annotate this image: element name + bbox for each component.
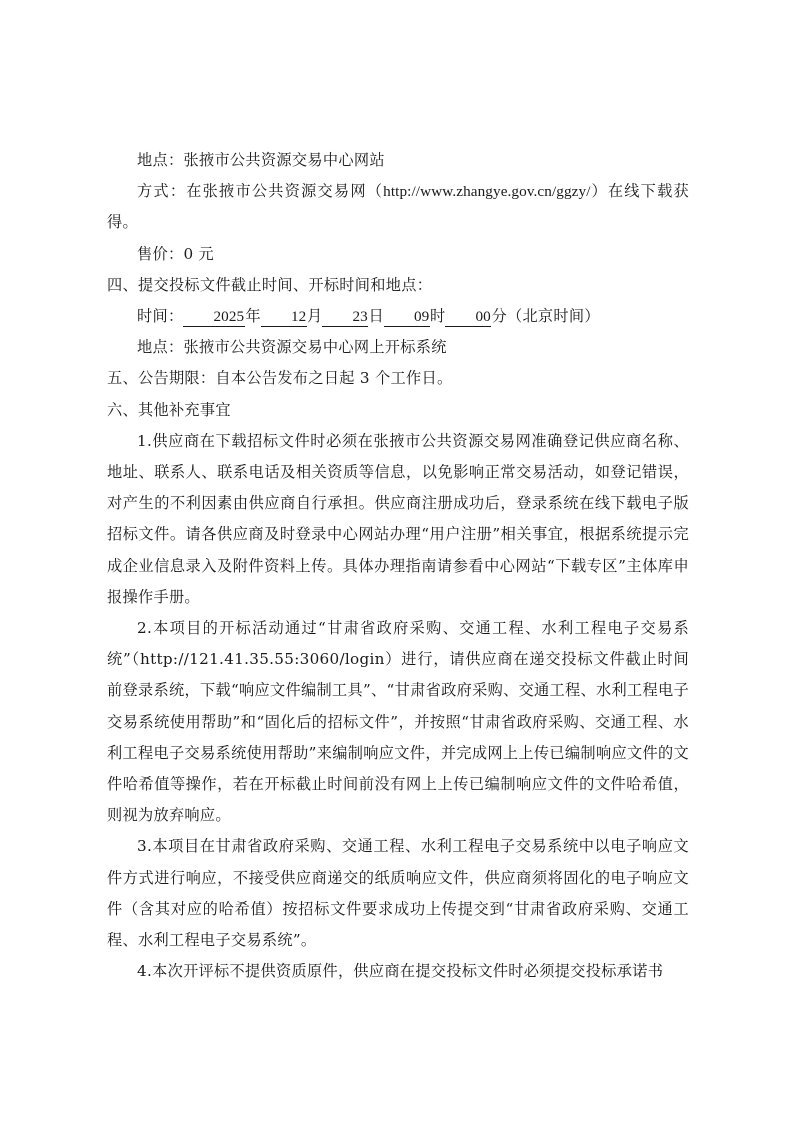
price-line: 售价：0 元 — [107, 239, 689, 270]
supplement-item-2: 2.本项目的开标活动通过“甘肃省政府采购、交通工程、水利工程电子交易系统”（ht… — [107, 613, 689, 831]
opening-location-value: 张掖市公共资源交易中心网上开标系统 — [183, 338, 446, 356]
section-6-heading: 六、其他补充事宜 — [107, 395, 689, 426]
download-location-value: 张掖市公共资源交易中心网站 — [183, 151, 384, 169]
supplement-item-4: 4.本次开评标不提供资质原件，供应商在提交投标文件时必须提交投标承诺书 — [107, 956, 689, 987]
price-label: 售价： — [137, 245, 183, 263]
opening-location-label: 地点： — [137, 338, 183, 356]
download-location-line: 地点：张掖市公共资源交易中心网站 — [107, 145, 689, 176]
minute-unit: 分（北京时间） — [491, 307, 599, 325]
hour-unit: 时 — [430, 307, 446, 325]
document-page: 地点：张掖市公共资源交易中心网站 方式：在张掖市公共资源交易网（http://w… — [107, 145, 689, 987]
section-5-heading: 五、公告期限：自本公告发布之日起 3 个工作日。 — [107, 363, 689, 394]
download-location-label: 地点： — [137, 151, 183, 169]
deadline-day: 23 — [322, 308, 368, 327]
supplement-item-1: 1.供应商在下载招标文件时必须在张掖市公共资源交易网准确登记供应商名称、地址、联… — [107, 426, 689, 613]
download-method-line: 方式：在张掖市公共资源交易网（http://www.zhangye.gov.cn… — [107, 176, 689, 238]
time-label: 时间： — [137, 307, 183, 325]
price-value: 0 元 — [183, 245, 214, 263]
month-unit: 月 — [307, 307, 323, 325]
download-method-text-before: 在张掖市公共资源交易网（ — [186, 182, 383, 200]
section-4-heading: 四、提交投标文件截止时间、开标时间和地点： — [107, 270, 689, 301]
download-method-label: 方式： — [137, 182, 186, 200]
bid-deadline-time-line: 时间：2025年12月23日09时00分（北京时间） — [107, 301, 689, 332]
bid-opening-location-line: 地点：张掖市公共资源交易中心网上开标系统 — [107, 332, 689, 363]
day-unit: 日 — [368, 307, 384, 325]
deadline-hour: 09 — [384, 308, 430, 327]
deadline-minute: 00 — [445, 308, 491, 327]
year-unit: 年 — [245, 307, 261, 325]
deadline-year: 2025 — [183, 308, 245, 327]
supplement-item-3: 3.本项目在甘肃省政府采购、交通工程、水利工程电子交易系统中以电子响应文件方式进… — [107, 831, 689, 956]
download-url-link[interactable]: http://www.zhangye.gov.cn/ggzy/ — [383, 183, 590, 200]
deadline-month: 12 — [261, 308, 307, 327]
